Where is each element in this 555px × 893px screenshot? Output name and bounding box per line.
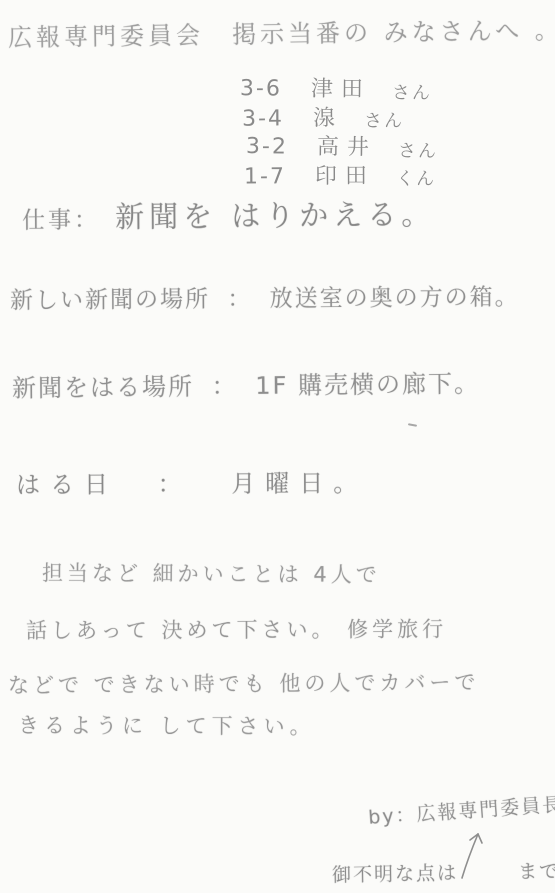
recipient-class: 1-7 [244, 164, 306, 189]
instructions-line-1: 担当など 細かいことは 4人で [42, 557, 381, 589]
job-label: 仕事： [22, 207, 100, 234]
new-paper-location-label: 新しい新聞の場所 [10, 286, 210, 313]
recipient-class: 3-4 [242, 106, 304, 131]
colon-separator: ： [211, 366, 237, 401]
recipient-class: 3-6 [240, 76, 302, 102]
posting-location-line: 新聞をはる場所 ： 1F 購売横の廊下。 [12, 364, 480, 404]
footer-gap [466, 878, 510, 879]
footer-line: 御不明な点は まで。 [332, 856, 555, 887]
instructions-line-2: 話しあって 決めて下さい。 修学旅行 [26, 613, 447, 644]
posting-day-line: はる日 ： 月曜日。 [16, 463, 367, 500]
posting-location-label: 新聞をはる場所 [12, 373, 194, 403]
signature: by：広報専門委員長 [367, 789, 555, 830]
recipient-row: 3-2 高井 さん [246, 129, 438, 160]
recipient-honorific: さん [364, 107, 404, 133]
posting-day-value: 月曜日。 [231, 469, 367, 498]
recipient-row: 3-6 津田 さん [240, 71, 432, 102]
note-title: 広報専門委員会 掲示当番の みなさんへ 。 [8, 10, 555, 53]
instructions-line-3: などで できない時でも 他の人でカバーで [8, 666, 480, 699]
recipient-honorific: くん [396, 164, 436, 190]
scanned-handwritten-note: 広報専門委員会 掲示当番の みなさんへ 。 3-6 津田 さん 3-4 湶 さん… [0, 0, 555, 893]
posting-location-value: 1F 購売横の廊下。 [255, 370, 480, 400]
recipient-list: 3-6 津田 さん 3-4 湶 さん 3-2 高井 さん 1-7 印田 くん [240, 72, 432, 188]
recipient-name: 印田 [315, 159, 375, 190]
job-value: 新聞を はりかえる。 [115, 197, 436, 234]
colon-separator: ： [227, 280, 252, 313]
job-line: 仕事： 新聞を はりかえる。 [22, 192, 436, 237]
new-paper-location-line: 新しい新聞の場所 ： 放送室の奥の方の箱。 [10, 278, 520, 315]
recipient-class: 3-2 [246, 134, 308, 160]
recipient-name: 高井 [317, 130, 377, 162]
recipient-name: 湶 [313, 101, 343, 132]
footer-suffix: まで。 [518, 860, 555, 883]
instructions-line-4: きるように して下さい。 [18, 709, 316, 740]
recipient-row: 1-7 印田 くん [244, 158, 436, 188]
footer-prefix: 御不明な点は [332, 862, 458, 886]
recipient-name: 津田 [311, 72, 371, 104]
recipient-row: 3-4 湶 さん [242, 100, 434, 130]
pencil-stray-mark [408, 423, 417, 427]
posting-day-label: はる日 [16, 470, 118, 499]
new-paper-location-value: 放送室の奥の方の箱。 [270, 284, 520, 312]
colon-separator: ： [158, 464, 192, 499]
